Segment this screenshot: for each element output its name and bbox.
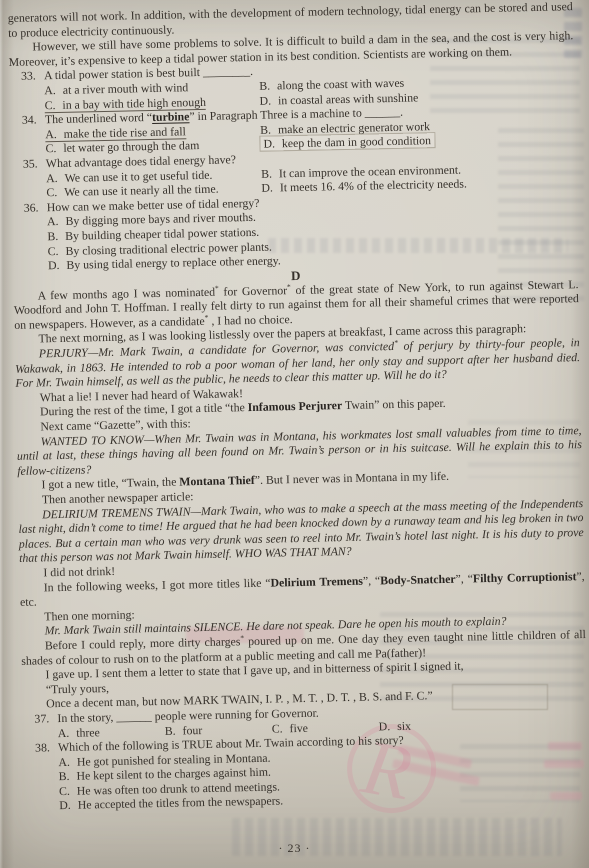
question-number: 36. xyxy=(24,200,47,215)
text-run: for Governor xyxy=(219,283,288,298)
option-text: five xyxy=(289,720,308,734)
option-letter: D. xyxy=(48,258,60,272)
option-letter: D. xyxy=(379,719,391,733)
option-letter: C. xyxy=(272,721,283,735)
option-letter: D. xyxy=(59,798,71,812)
option-letter: B. xyxy=(47,229,58,243)
option-letter: A. xyxy=(58,755,70,769)
option-letter: C. xyxy=(59,784,70,798)
option-text: keep the dam in good condition xyxy=(282,134,431,151)
option-letter: A. xyxy=(47,214,59,228)
question-number: 33. xyxy=(21,69,44,84)
text-run: ”, “ xyxy=(363,573,381,587)
text-run: , I had no choice. xyxy=(208,312,292,328)
option-content: D.six xyxy=(379,718,412,733)
text-run: . xyxy=(400,105,403,119)
option-letter: A. xyxy=(44,83,56,97)
text-run: The underlined word “ xyxy=(45,110,152,126)
option-letter: C. xyxy=(45,141,56,155)
scanned-exam-page: { "colors": { "paper": "#d5d0c6", "ink":… xyxy=(0,0,589,868)
text-run: “Truly yours, xyxy=(46,681,109,696)
option-letter: A. xyxy=(46,171,58,185)
text-run: I did not drink! xyxy=(43,564,115,579)
option-content: B.four xyxy=(165,723,203,738)
text-run: Twain” on this paper. xyxy=(342,396,446,412)
text-run: Infamous Perjurer xyxy=(248,399,343,415)
text-run: ”, “ xyxy=(455,571,473,585)
text-run: Filthy Corruptionist xyxy=(473,569,577,585)
answer-blank: ________ xyxy=(203,64,250,79)
text-run: Delirium Tremens xyxy=(270,573,363,589)
option-text: three xyxy=(76,725,100,739)
text-run: Then one morning: xyxy=(44,607,135,623)
option-d: D.six xyxy=(379,718,412,733)
option-letter: C. xyxy=(48,243,59,257)
text-run: turbine xyxy=(152,109,190,124)
option-text: six xyxy=(397,718,411,732)
text-run: Montana Thief xyxy=(179,473,255,489)
question-number: 37. xyxy=(34,711,57,726)
option-letter: B. xyxy=(259,78,270,92)
option-letter: A. xyxy=(45,127,57,141)
option-content: D.keep the dam in good condition xyxy=(260,133,434,151)
option-letter: D. xyxy=(259,93,271,107)
option-letter: C. xyxy=(44,98,55,112)
text-run: Body-Snatcher xyxy=(380,571,456,587)
option-letter: A. xyxy=(58,725,70,739)
option-letter: D. xyxy=(261,181,273,195)
question-number: 35. xyxy=(23,156,46,171)
option-letter: D. xyxy=(263,137,275,151)
page-number: · 23 · xyxy=(0,841,589,856)
option-letter: B. xyxy=(260,122,271,136)
option-content: C.five xyxy=(272,720,308,735)
option-text: four xyxy=(182,723,202,737)
answer-blank: ______ xyxy=(116,709,152,724)
option-letter: B. xyxy=(165,723,176,737)
option-content: A.three xyxy=(58,725,100,740)
option-letter: C. xyxy=(46,185,57,199)
text-run: . xyxy=(250,64,253,78)
answer-blank: ______ xyxy=(365,105,401,120)
option-letter: B. xyxy=(59,769,70,783)
question-number: 34. xyxy=(22,112,45,127)
text-run: In the story, xyxy=(57,710,116,725)
option-letter: B. xyxy=(261,166,272,180)
text-layer: generators will not work. In addition, w… xyxy=(8,0,589,814)
question-number: 38. xyxy=(35,740,58,755)
